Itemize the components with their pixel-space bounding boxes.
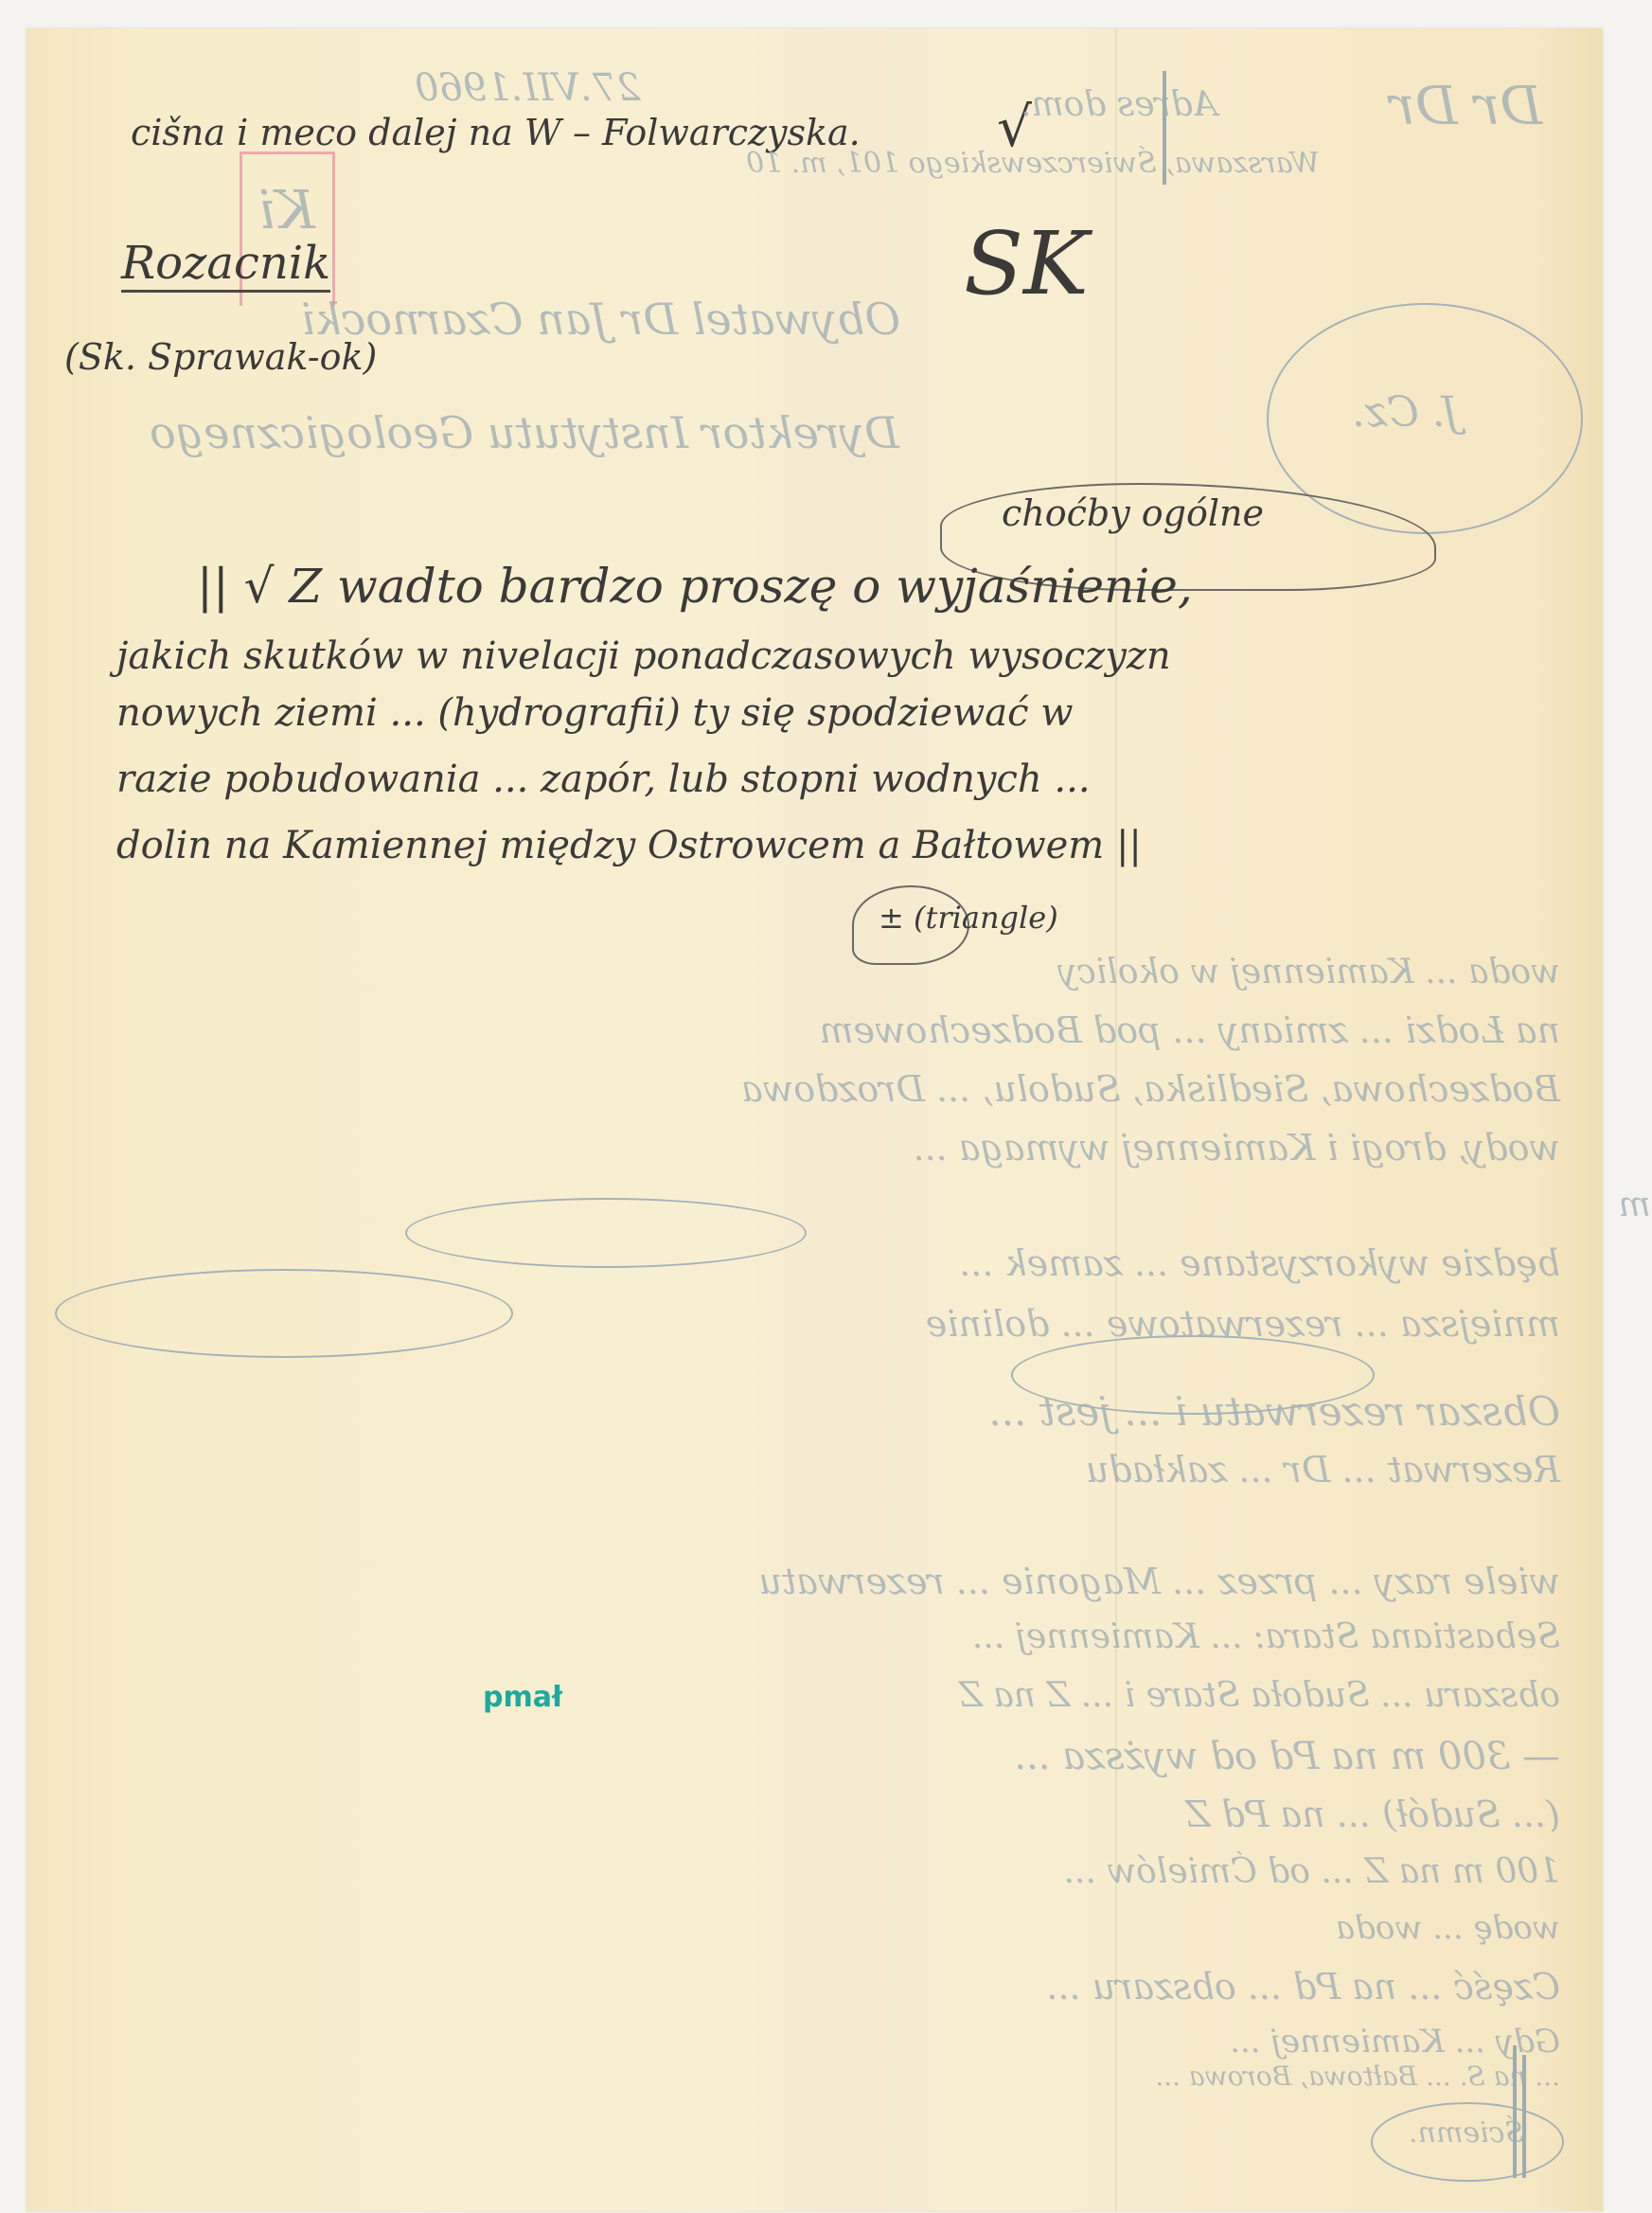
salutation-mirror-1: Obywatel Dr Jan Czarnocki bbox=[301, 294, 900, 345]
ghost-line: — 300 m na Pd od wyższa ... bbox=[83, 1735, 1560, 1794]
margin-bar bbox=[1513, 2045, 1517, 2178]
paragraph-line-3: nowych ziemi ... (hydrografii) ty się sp… bbox=[116, 691, 1073, 735]
paragraph-line-4: razie pobudowania ... zapór, lub stopni … bbox=[116, 758, 1091, 801]
paragraph-line-2: jakich skutków w nivelacji ponadczasowyc… bbox=[116, 634, 1171, 678]
corner-mirror: Dr Dr bbox=[1390, 76, 1542, 137]
bleed-through-body: i hydrogeologicznych woda ... Kamiennej … bbox=[83, 900, 1560, 2098]
ghost-line: na Z na W ... bbox=[841, 1506, 1652, 1561]
ghost-line: Bodzechowa, Siedliska, Sudolu, ... Drozd… bbox=[83, 1068, 1560, 1127]
ghost-line: i hydrogeologicznych bbox=[651, 900, 1652, 953]
ghost-line: ... na S. ... Bałtowa, Borowa ... bbox=[83, 2061, 1560, 2098]
ghost-line: (... Sudół) ... na Pd Z bbox=[83, 1794, 1560, 1852]
initials-sk: SK bbox=[964, 213, 1089, 314]
paragraph-line-1: || √ Z wadto bardzo proszę o wyjaśnienie… bbox=[197, 559, 1193, 614]
ghost-line: wody, drogi i Kamiennej wymaga ... bbox=[83, 1127, 1560, 1186]
bubble-note: choćby ogólne bbox=[1002, 492, 1264, 534]
circled-initials-mirror: J. Cz. bbox=[1352, 388, 1459, 437]
ghost-line: Rezerwat ... Dr ... zakładu bbox=[83, 1449, 1560, 1506]
ghost-line: na Łodzi ... zmiany ... pod Bodzechowem bbox=[83, 1009, 1560, 1068]
ghost-line: Sebastiana Stara: ... Kamiennej ... bbox=[83, 1617, 1560, 1676]
ghost-line: wiele razy ... przez ... Magonie ... rez… bbox=[83, 1561, 1560, 1617]
ghost-line: wodę ... woda bbox=[83, 1909, 1560, 1966]
ghost-oval bbox=[55, 1269, 513, 1358]
ghost-line: woda ... Kamiennej w okolicy bbox=[83, 953, 1560, 1009]
paragraph-line-5: dolin na Kamiennej między Ostrowcem a Ba… bbox=[116, 824, 1142, 867]
address-mirror-2: Warszawa, Świerczewskiego 101, m. 10 bbox=[746, 147, 1320, 180]
ghost-line: obszaru ... Sudoła Stare i ... Z na Z bbox=[83, 1676, 1560, 1735]
ghost-line: Część ... na Pd ... obszaru ... bbox=[83, 1966, 1560, 2023]
address-mirror-1: Adres dom. bbox=[1021, 85, 1217, 124]
date-mirror: 27.VII.1960 bbox=[415, 66, 641, 110]
margin-bar bbox=[1522, 2055, 1526, 2178]
header-name: Rozacnik bbox=[121, 237, 330, 293]
paper-sheet: Ki cišna i meco dalej na W – Folwarczysk… bbox=[27, 28, 1603, 2211]
ghost-line: Gdy ... Kamiennej ... bbox=[83, 2023, 1560, 2061]
ghost-line: 100 m na Z ... od Ćmielów ... bbox=[83, 1852, 1560, 1909]
red-box-initial: Ki bbox=[258, 180, 315, 241]
margin-bar bbox=[1163, 71, 1166, 185]
teal-ink-mark: pmał bbox=[483, 1681, 562, 1714]
bottom-right-circled-mirror: Ściemn. bbox=[1409, 2116, 1524, 2150]
ghost-oval bbox=[1011, 1335, 1375, 1415]
salutation-mirror-2: Dyrektor Instytutu Geologicznego bbox=[150, 407, 899, 458]
ghost-oval bbox=[405, 1198, 807, 1268]
